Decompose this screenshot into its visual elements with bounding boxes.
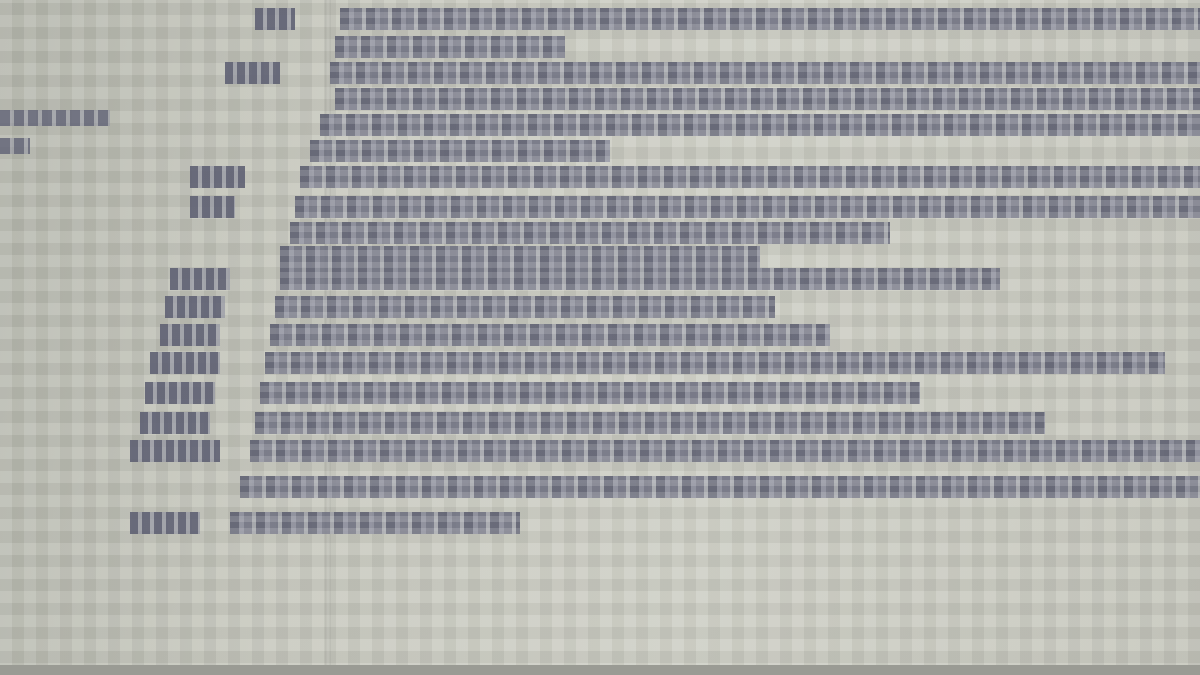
line-number: [illegible]	[160, 324, 220, 346]
typed-line: [illegible]	[340, 8, 1200, 30]
line-number: [illegible]	[130, 440, 220, 462]
typed-line: [illegible]	[335, 36, 565, 58]
line-number: [illegible]	[225, 62, 280, 84]
typed-line: [illegible]	[275, 296, 775, 318]
typed-line: [illegible]	[320, 114, 1200, 136]
typed-line: [illegible]	[280, 268, 1000, 290]
typed-line: [illegible]	[260, 382, 920, 404]
typed-line: [illegible]	[295, 196, 1200, 218]
typed-line: [illegible]	[310, 140, 610, 162]
typed-line: [illegible]	[300, 166, 1200, 188]
typed-line: [illegible]	[280, 246, 760, 268]
typed-line: [illegible]	[230, 512, 520, 534]
typed-line: [illegible]	[240, 476, 1200, 498]
typed-line: [illegible]	[290, 222, 890, 244]
typed-line: [illegible]	[265, 352, 1165, 374]
typed-line: [illegible]	[330, 62, 1200, 84]
margin-note-continued	[0, 138, 30, 154]
margin-note-text: [illegible]	[0, 110, 1, 111]
line-number: [illegible]	[190, 166, 245, 188]
document-page: [illegible] [illegible][illegible][illeg…	[0, 0, 1200, 675]
typed-line: [illegible]	[335, 88, 1200, 110]
line-number: [illegible]	[145, 382, 215, 404]
typed-line: [illegible]	[250, 440, 1200, 462]
line-number: [illegible]	[165, 296, 225, 318]
line-number: [illegible]	[130, 512, 200, 534]
line-number: [illegible]	[150, 352, 220, 374]
line-number: [illegible]	[140, 412, 210, 434]
typed-line: [illegible]	[255, 412, 1045, 434]
typed-line: [illegible]	[270, 324, 830, 346]
line-number: [illegible]	[190, 196, 235, 218]
page-bottom-edge	[0, 665, 1200, 675]
margin-note: [illegible]	[0, 110, 110, 126]
line-number: [illegible]	[170, 268, 230, 290]
line-number: [illegible]	[255, 8, 295, 30]
